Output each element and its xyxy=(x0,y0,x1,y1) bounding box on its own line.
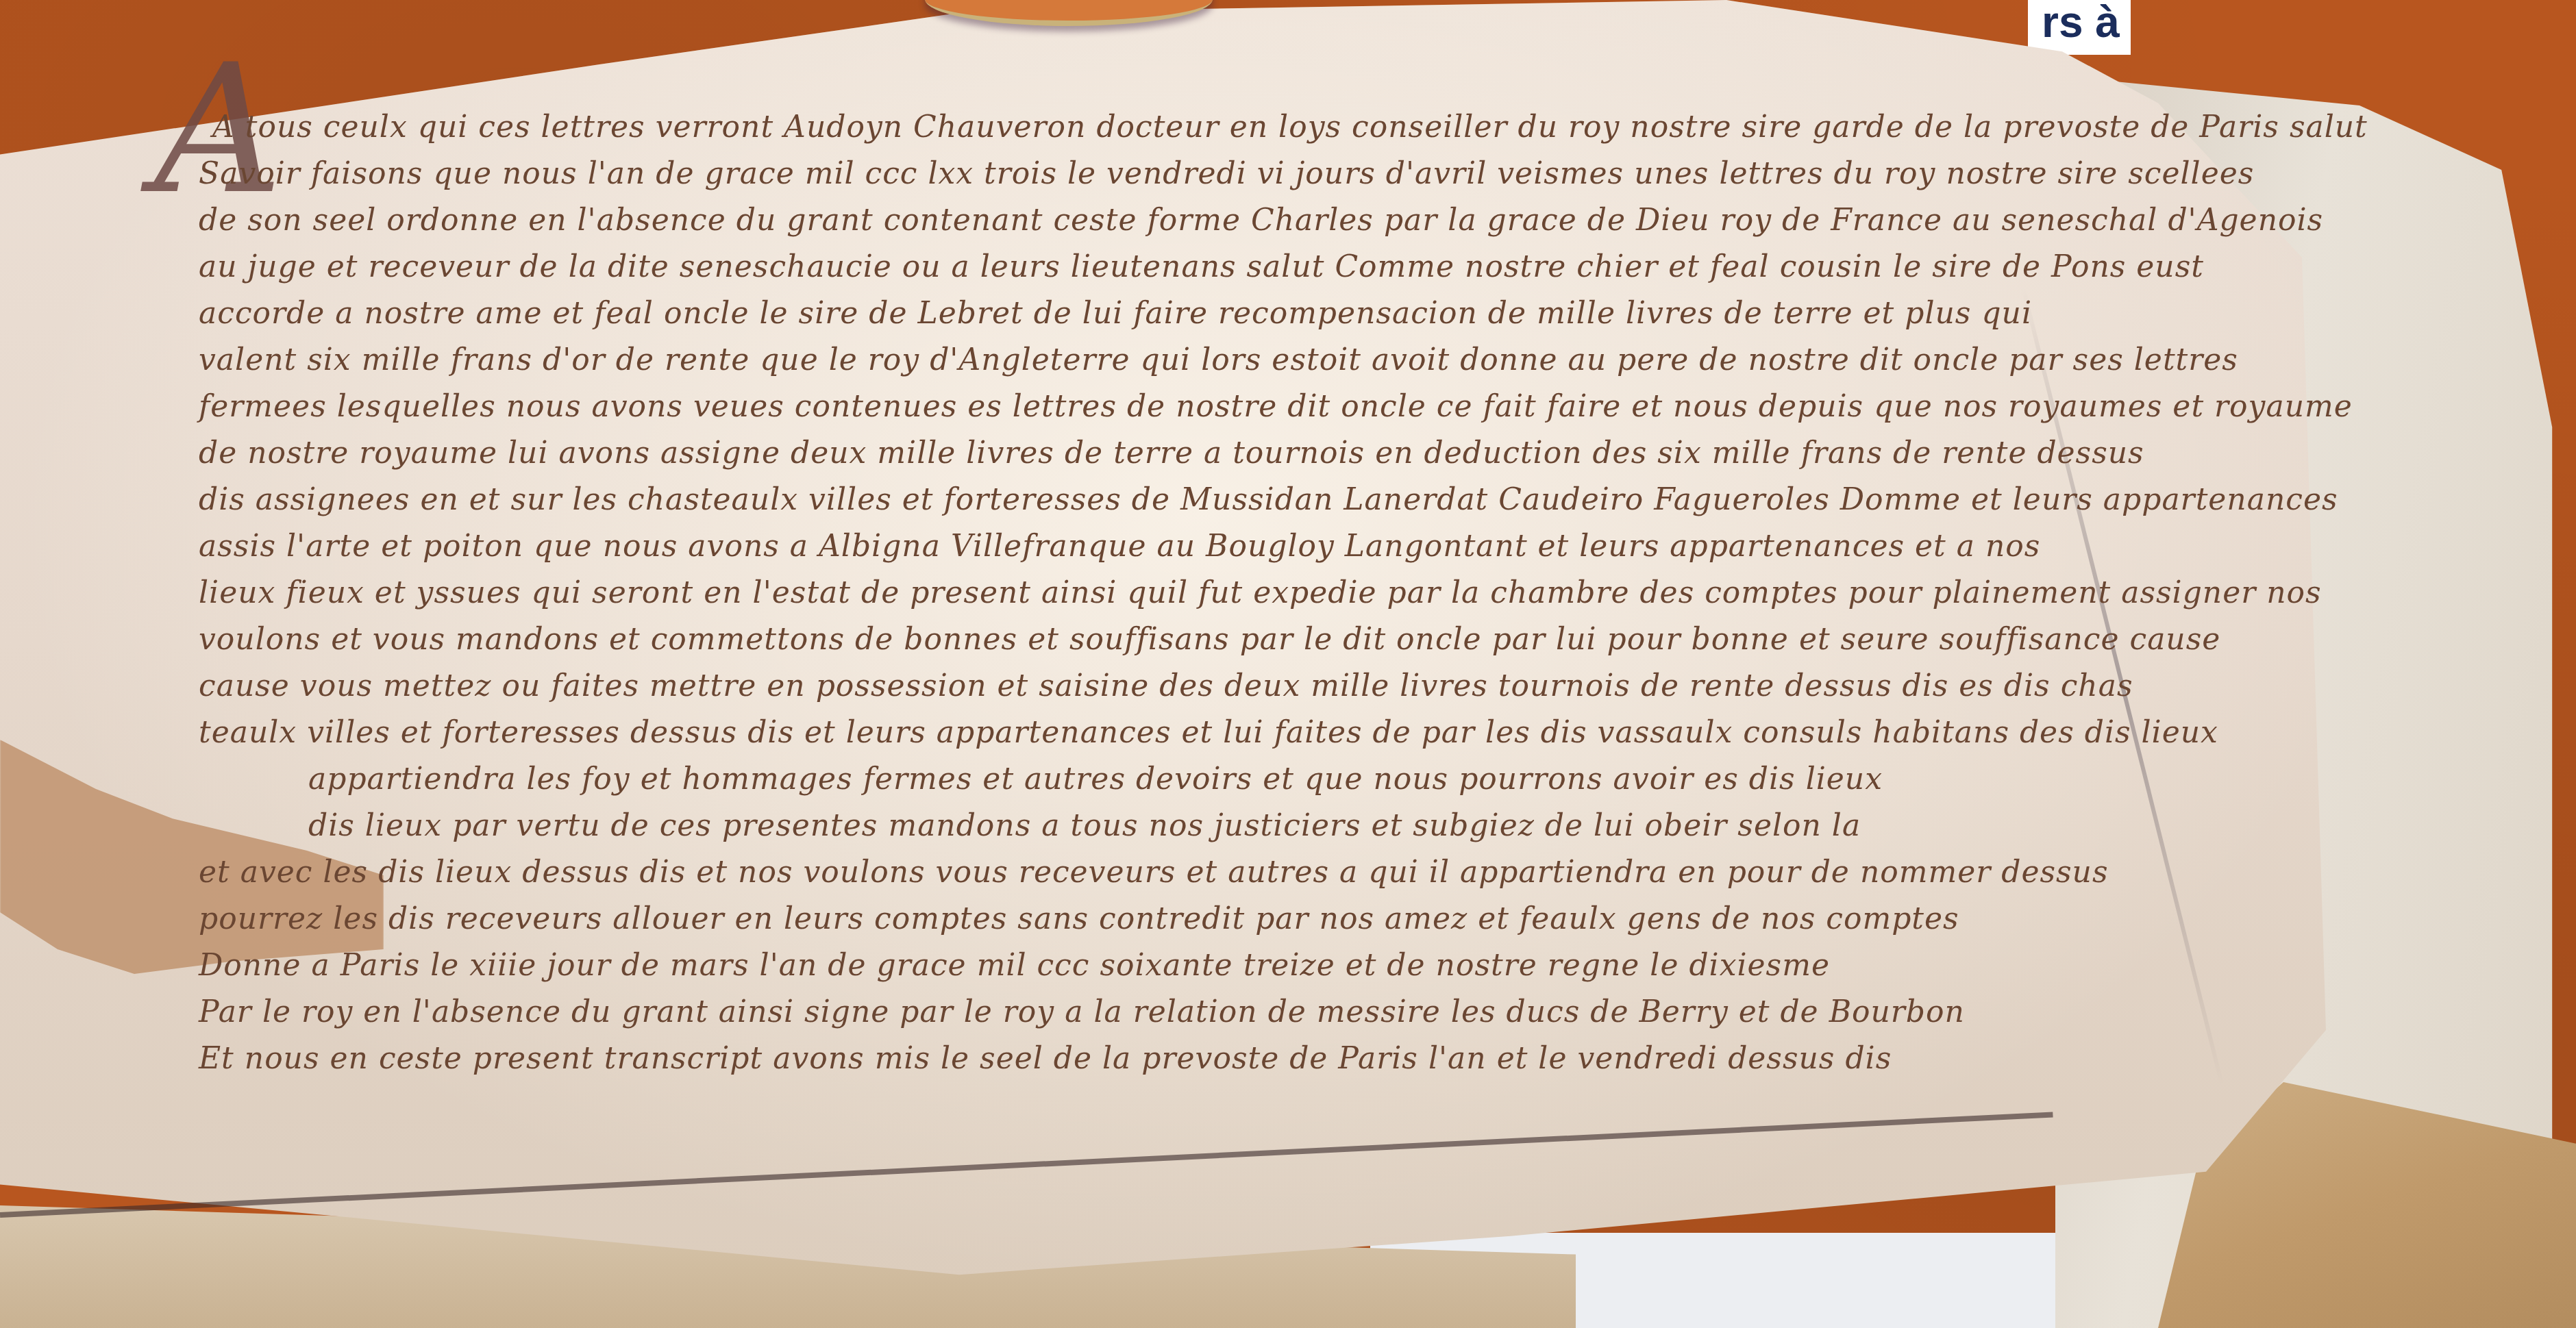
text-line: de nostre royaume lui avons assigne deux… xyxy=(199,436,2144,471)
text-line: lieux fieux et yssues qui seront en l'es… xyxy=(199,575,2322,610)
label-card: rs à xyxy=(2028,0,2131,55)
text-line: cause vous mettez ou faites mettre en po… xyxy=(199,668,2133,703)
text-line: teaulx villes et forteresses dessus dis … xyxy=(199,715,2218,750)
text-line: assis l'arte et poiton que nous avons a … xyxy=(199,529,2040,564)
text-line: valent six mille frans d'or de rente que… xyxy=(199,342,2238,377)
text-line: et avec les dis lieux dessus dis et nos … xyxy=(199,855,2109,890)
text-line: Et nous en ceste present transcript avon… xyxy=(199,1041,1892,1076)
text-line: dis assignees en et sur les chasteaulx v… xyxy=(199,482,2338,517)
text-line: dis lieux par vertu de ces presentes man… xyxy=(308,808,1861,843)
label-text: rs à xyxy=(2042,0,2120,47)
text-line: de son seel ordonne en l'absence du gran… xyxy=(199,203,2323,238)
text-line: fermees lesquelles nous avons veues cont… xyxy=(199,389,2353,424)
text-line: pourrez les dis receveurs allouer en leu… xyxy=(199,901,1959,936)
text-line: Donne a Paris le xiiie jour de mars l'an… xyxy=(199,948,1830,983)
text-line: voulons et vous mandons et commettons de… xyxy=(199,622,2220,657)
text-line: A tous ceulx qui ces lettres verront Aud… xyxy=(212,110,2368,145)
text-line: accorde a nostre ame et feal oncle le si… xyxy=(199,296,2032,331)
text-line: Par le roy en l'absence du grant ainsi s… xyxy=(199,994,1965,1029)
text-line: appartiendra les foy et hommages fermes … xyxy=(308,762,1883,797)
text-line: au juge et receveur de la dite seneschau… xyxy=(199,249,2204,284)
text-line: Savoir faisons que nous l'an de grace mi… xyxy=(199,156,2254,191)
